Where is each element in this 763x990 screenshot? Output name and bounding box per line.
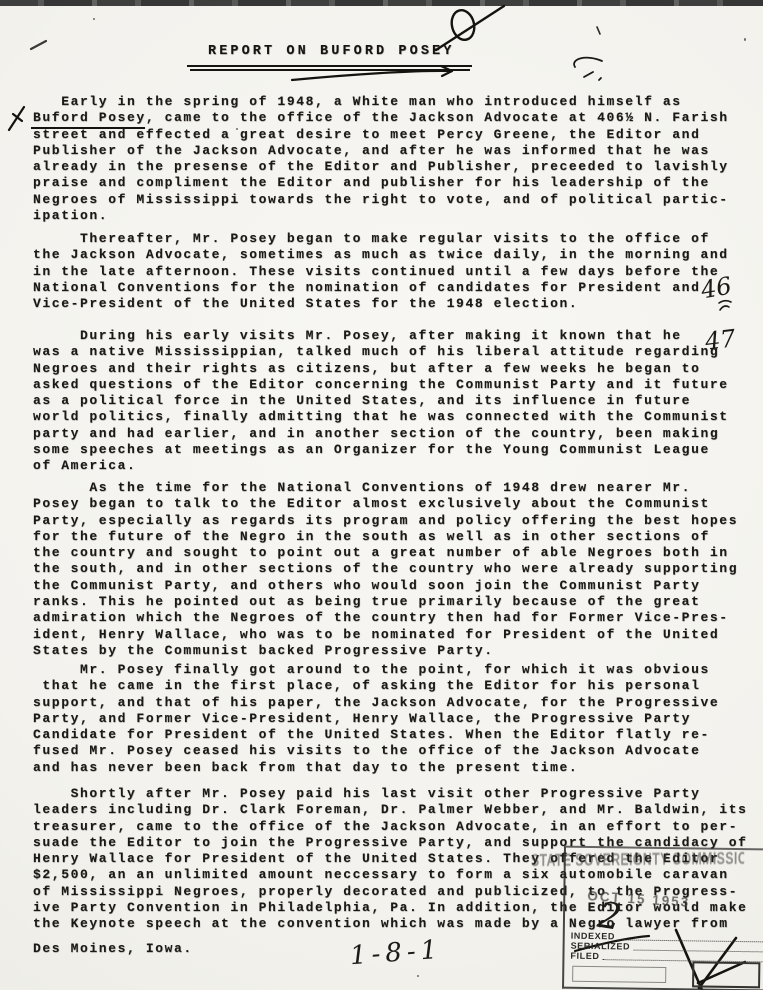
paragraph-1: Early in the spring of 1948, a White man…: [33, 94, 755, 224]
stray-mark-top: [597, 27, 600, 34]
scan-edge-artifact: [0, 0, 763, 6]
small-curl-mark: [574, 58, 602, 80]
paragraph-2: Thereafter, Mr. Posey began to make regu…: [33, 231, 755, 312]
paper-speck: [236, 128, 238, 130]
paper-speck: [417, 975, 419, 977]
page-title: REPORT ON BUFORD POSEY: [208, 44, 454, 59]
title-underline: [187, 65, 472, 67]
handwritten-page-note-1-8-1: 1-8-1: [349, 935, 443, 971]
stamp-empty-box-right: [692, 961, 760, 988]
handwritten-margin-note-47: 47: [703, 324, 737, 356]
paragraph-4: As the time for the National Conventions…: [33, 480, 755, 659]
handwritten-margin-note-46: 46: [699, 272, 734, 305]
stamp-row-filed-label: FILED: [570, 951, 599, 961]
buford-posey-underline: [31, 127, 145, 129]
stamp-header-text: STATE SOVEREIGNTY COMMISSION: [531, 849, 744, 871]
filing-stamp: STATE SOVEREIGNTY COMMISSION OCT 15 1953…: [562, 846, 763, 990]
document-page: REPORT ON BUFORD POSEY Early in the spri…: [0, 0, 763, 990]
paper-speck: [744, 38, 746, 41]
paper-speck: [93, 18, 95, 20]
pencil-tick-top-left: [31, 41, 46, 49]
page-title-text: REPORT ON BUFORD POSEY: [208, 44, 454, 59]
margin-check-mark: [9, 107, 24, 130]
paragraph-5: Mr. Posey finally got around to the poin…: [33, 662, 755, 776]
title-underline-2: [190, 69, 470, 72]
stamp-empty-box-left: [572, 966, 666, 983]
paragraph-3: During his early visits Mr. Posey, after…: [33, 328, 755, 475]
